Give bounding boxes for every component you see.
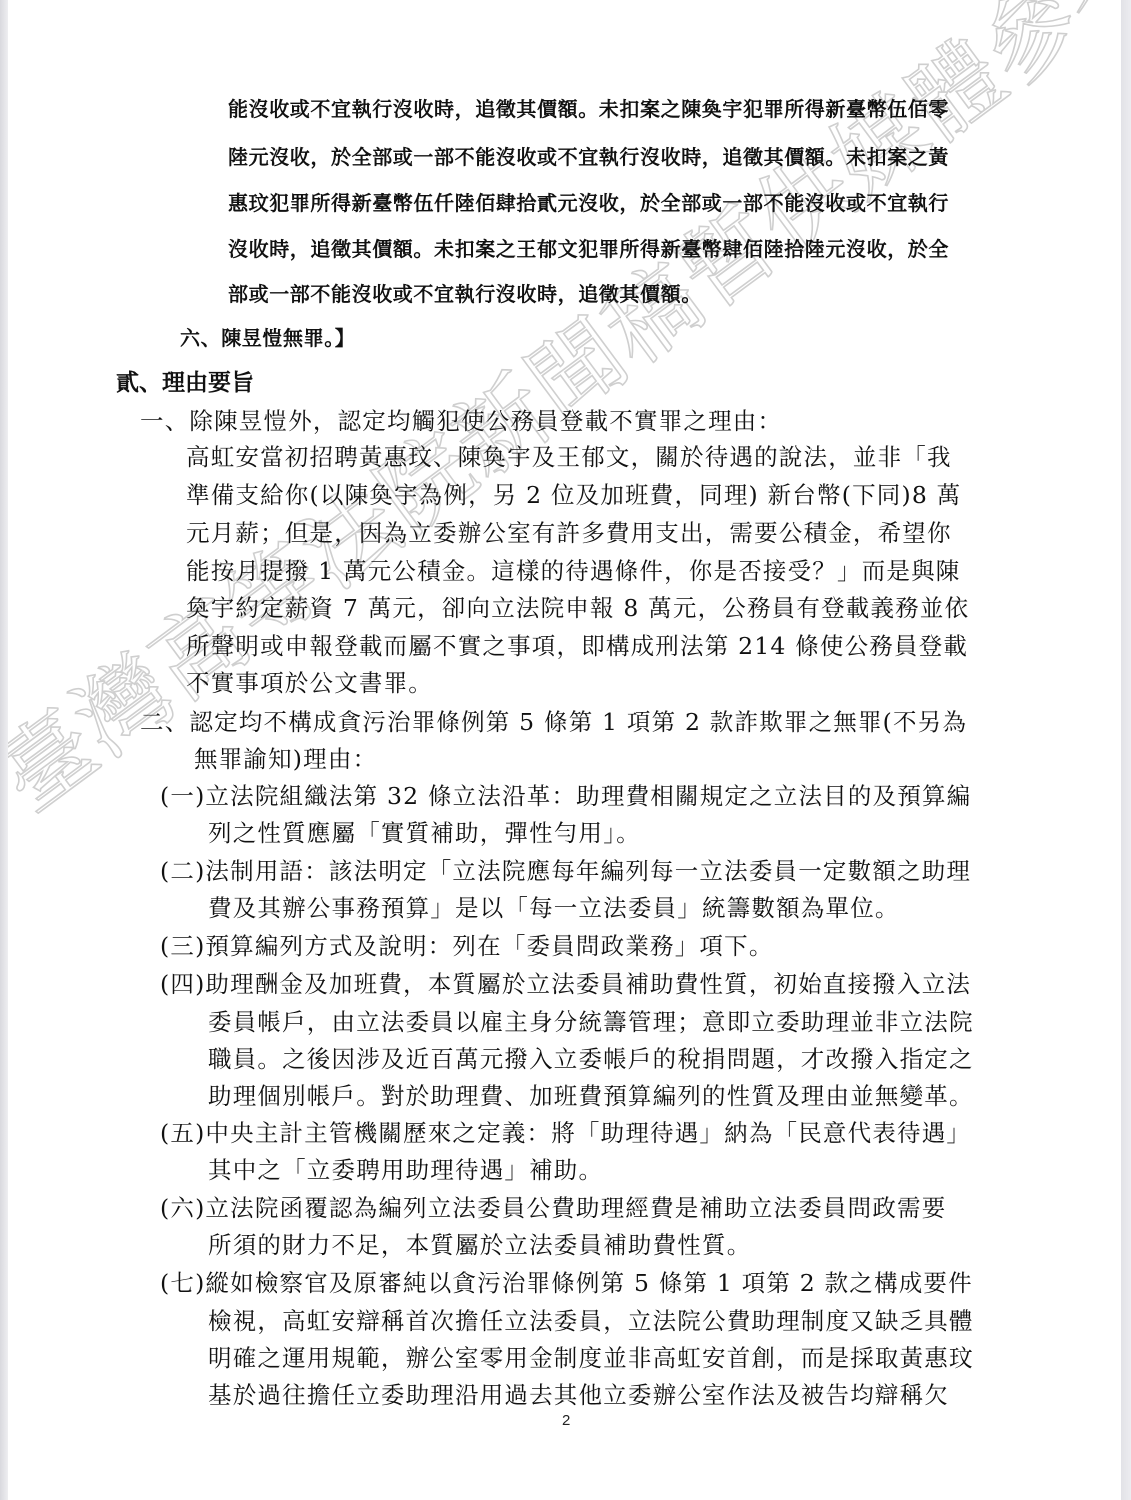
page-right-edge xyxy=(1121,0,1131,1500)
reason-line: 基於過往擔任立委助理沿用過去其他立委辦公室作法及被告均辯稱欠 xyxy=(208,1376,949,1410)
reason-line: (二)法制用語：該法明定「立法院應每年編列每一立法委員一定數額之助理 xyxy=(160,852,971,886)
reason-line: 檢視，高虹安辯稱首次擔任立法委員，立法院公費助理制度又缺乏具體 xyxy=(208,1302,974,1336)
reason-line: (七)縱如檢察官及原審純以貪污治罪條例第 5 條第 1 項第 2 款之構成要件 xyxy=(160,1264,973,1298)
reason-line: (三)預算編列方式及說明：列在「委員問政業務」項下。 xyxy=(160,927,774,961)
verdict-line: 沒收時，追徵其價額。未扣案之王郁文犯罪所得新臺幣肆佰陸拾陸元沒收，於全 xyxy=(228,233,949,262)
paragraph-line: 所聲明或申報登載而屬不實之事項，即構成刑法第 214 條使公務員登載 xyxy=(186,627,968,661)
verdict-line: 陸元沒收，於全部或一部不能沒收或不宜執行沒收時，追徵其價額。未扣案之黃 xyxy=(228,141,949,170)
reason-line: (一)立法院組織法第 32 條立法沿革：助理費相關規定之立法目的及預算編 xyxy=(160,777,971,811)
paragraph-line: 高虹安當初招聘黃惠玟、陳奐宇及王郁文，關於待遇的說法，並非「我 xyxy=(186,438,952,472)
paragraph-line: 不實事項於公文書罪。 xyxy=(186,664,433,698)
verdict-line: 惠玟犯罪所得新臺幣伍仟陸佰肆拾貳元沒收，於全部或一部不能沒收或不宜執行 xyxy=(228,187,949,216)
part-two-title: 無罪諭知)理由： xyxy=(194,740,377,774)
reason-line: 其中之「立委聘用助理待遇」補助。 xyxy=(208,1151,603,1185)
paragraph-line: 準備支給你(以陳奐宇為例，另 2 位及加班費，同理) 新台幣(下同)8 萬 xyxy=(186,476,961,510)
reason-line: 列之性質應屬「實質補助，彈性勻用」。 xyxy=(208,814,641,848)
document-content: 能沒收或不宜執行沒收時，追徵其價額。未扣案之陳奐宇犯罪所得新臺幣伍佰零 陸元沒收… xyxy=(8,0,1121,1500)
verdict-line: 能沒收或不宜執行沒收時，追徵其價額。未扣案之陳奐宇犯罪所得新臺幣伍佰零 xyxy=(228,93,949,122)
page-number: 2 xyxy=(562,1412,570,1429)
reason-line: 職員。之後因涉及近百萬元撥入立委帳戶的稅捐問題，才改撥入指定之 xyxy=(208,1040,974,1074)
reason-line: 助理個別帳戶。對於助理費、加班費預算編列的性質及理由並無變革。 xyxy=(208,1077,974,1111)
paragraph-line: 能按月提撥 1 萬元公積金。這樣的待遇條件，你是否接受？」而是與陳 xyxy=(186,552,961,586)
page-left-edge xyxy=(0,0,8,1500)
reason-line: (四)助理酬金及加班費，本質屬於立法委員補助費性質，初始直接撥入立法 xyxy=(160,965,971,999)
paragraph-line: 元月薪；但是，因為立委辦公室有許多費用支出，需要公積金，希望你 xyxy=(186,514,952,548)
part-two-title: 二、認定均不構成貪污治罪條例第 5 條第 1 項第 2 款詐欺罪之無罪(不另為 xyxy=(140,703,967,737)
reason-line: (五)中央主計主管機關歷來之定義：將「助理待遇」納為「民意代表待遇」 xyxy=(160,1114,971,1148)
paragraph-line: 奐宇約定薪資 7 萬元，卻向立法院申報 8 萬元，公務員有登載義務並依 xyxy=(186,589,969,623)
verdict-line: 部或一部不能沒收或不宜執行沒收時，追徵其價額。 xyxy=(228,278,702,307)
part-one-title: 一、除陳昱愷外，認定均觸犯使公務員登載不實罪之理由： xyxy=(140,402,782,436)
reason-line: 費及其辦公事務預算」是以「每一立法委員」統籌數額為單位。 xyxy=(208,889,900,923)
reason-line: 所須的財力不足，本質屬於立法委員補助費性質。 xyxy=(208,1226,751,1260)
document-page: 臺灣高等法院新聞稿暫供媒體參考用 能沒收或不宜執行沒收時，追徵其價額。未扣案之陳… xyxy=(8,0,1121,1500)
reason-line: (六)立法院函覆認為編列立法委員公費助理經費是補助立法委員問政需要 xyxy=(160,1189,946,1223)
verdict-item-six: 六、陳昱愷無罪。】 xyxy=(180,322,355,351)
reason-line: 明確之運用規範，辦公室零用金制度並非高虹安首創，而是採取黃惠玟 xyxy=(208,1339,974,1373)
section-heading: 貳、理由要旨 xyxy=(116,364,254,397)
reason-line: 委員帳戶，由立法委員以雇主身分統籌管理；意即立委助理並非立法院 xyxy=(208,1003,974,1037)
